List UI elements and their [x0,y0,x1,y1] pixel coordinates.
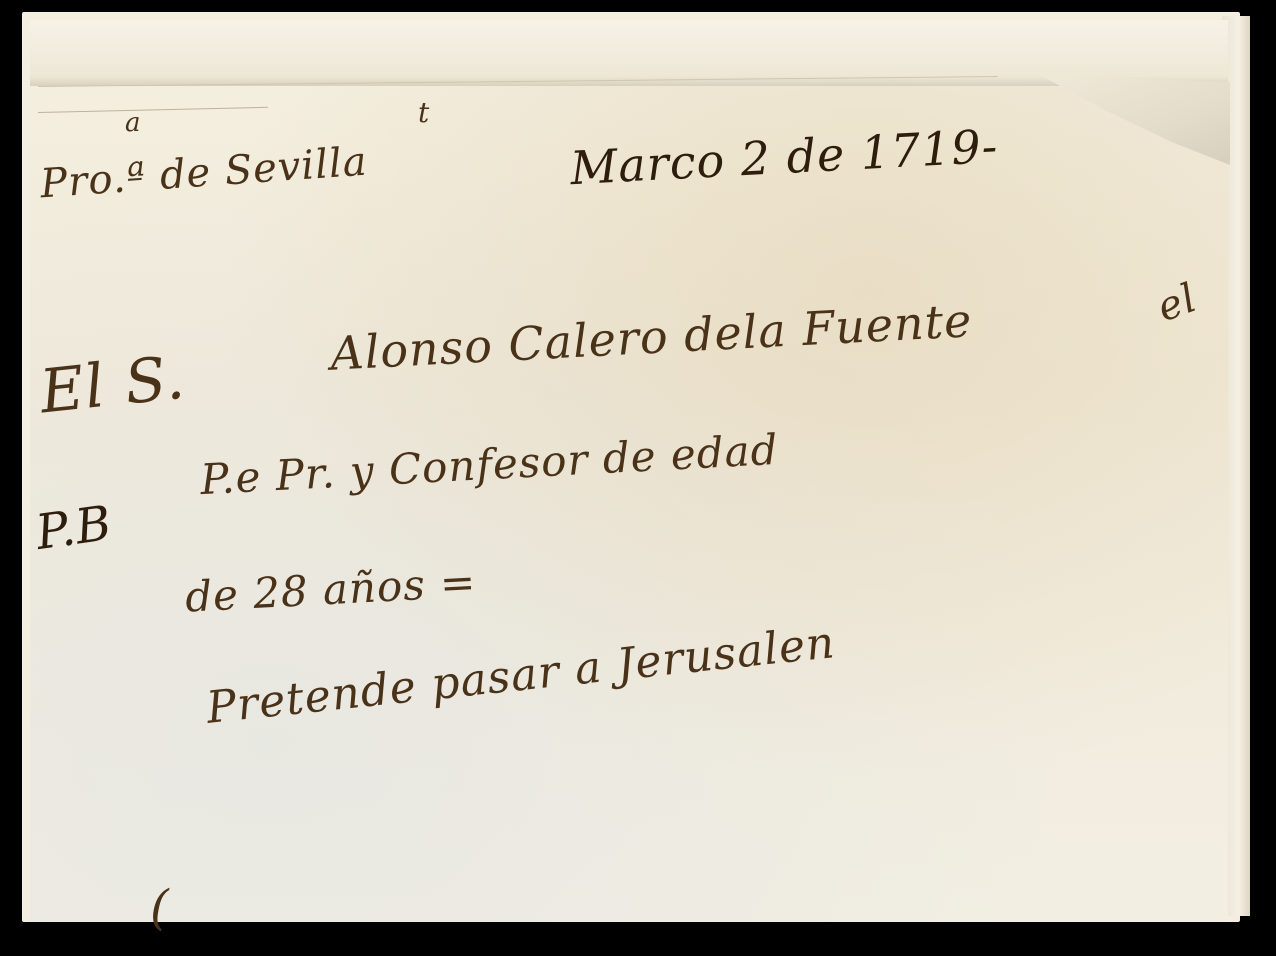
margin-mark: P.B [32,495,115,561]
bottom-ink-stroke: ( [150,880,170,936]
superscript-t: t [418,96,429,129]
superscript-a: a [125,108,141,138]
